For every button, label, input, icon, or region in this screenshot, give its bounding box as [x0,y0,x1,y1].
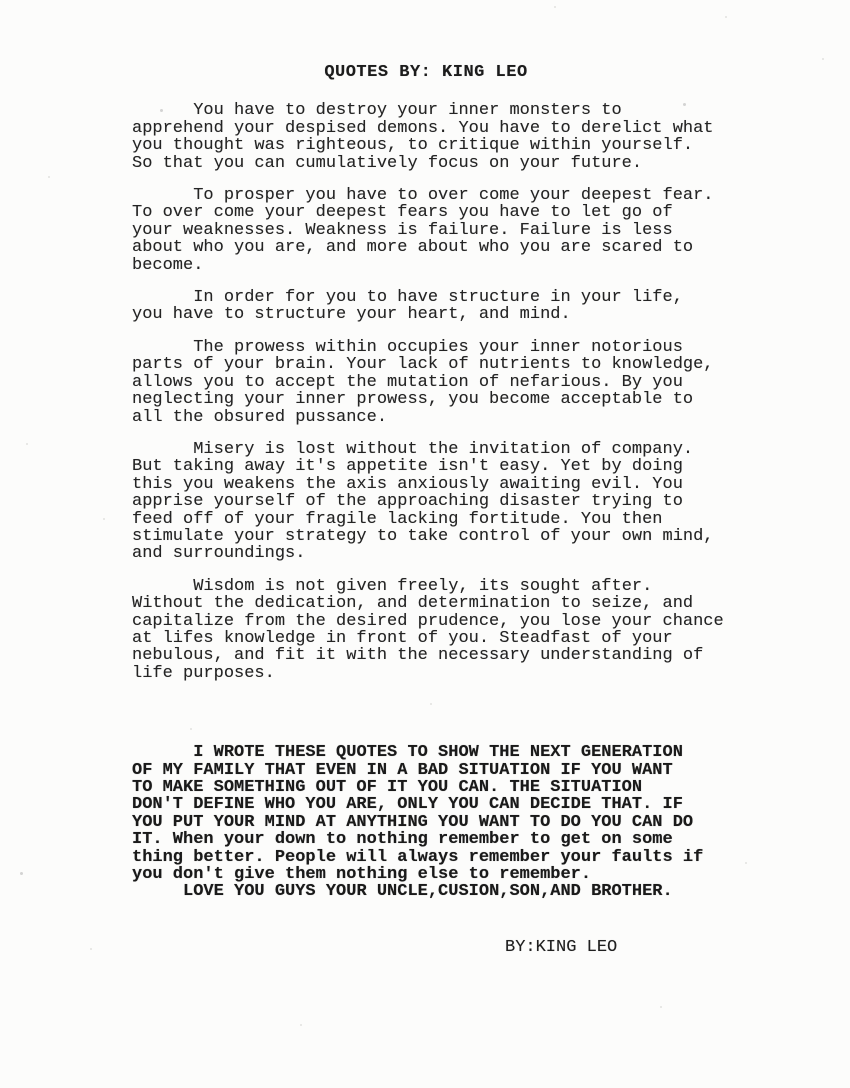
scan-speck [725,16,727,18]
scan-speck [554,6,556,8]
scan-speck [20,872,23,875]
scan-speck [90,948,92,950]
quote-paragraph-5: Misery is lost without the invitation of… [132,441,732,563]
scan-speck [103,518,105,520]
quote-paragraph-6: Wisdom is not given freely, its sought a… [132,578,732,682]
scan-speck [822,58,824,60]
closing-note: I WROTE THESE QUOTES TO SHOW THE NEXT GE… [132,744,732,901]
document-title: QUOTES BY: KING LEO [132,64,720,81]
quote-paragraph-2: To prosper you have to over come your de… [132,187,732,274]
scan-speck [660,1006,662,1008]
scan-speck [745,862,747,864]
quote-paragraph-3: In order for you to have structure in yo… [132,289,732,324]
scan-speck [190,728,192,730]
scan-speck [683,103,686,106]
document-text-column: QUOTES BY: KING LEO You have to destroy … [132,64,732,956]
scan-speck [430,703,432,705]
signature: BY:KING LEO [132,939,732,956]
scanned-document-page: QUOTES BY: KING LEO You have to destroy … [0,0,850,1088]
scan-speck [300,1024,302,1026]
scan-speck [26,443,28,445]
quote-paragraph-1: You have to destroy your inner monsters … [132,102,732,172]
scan-speck [48,176,50,178]
quote-paragraph-4: The prowess within occupies your inner n… [132,339,732,426]
scan-speck [160,109,163,112]
